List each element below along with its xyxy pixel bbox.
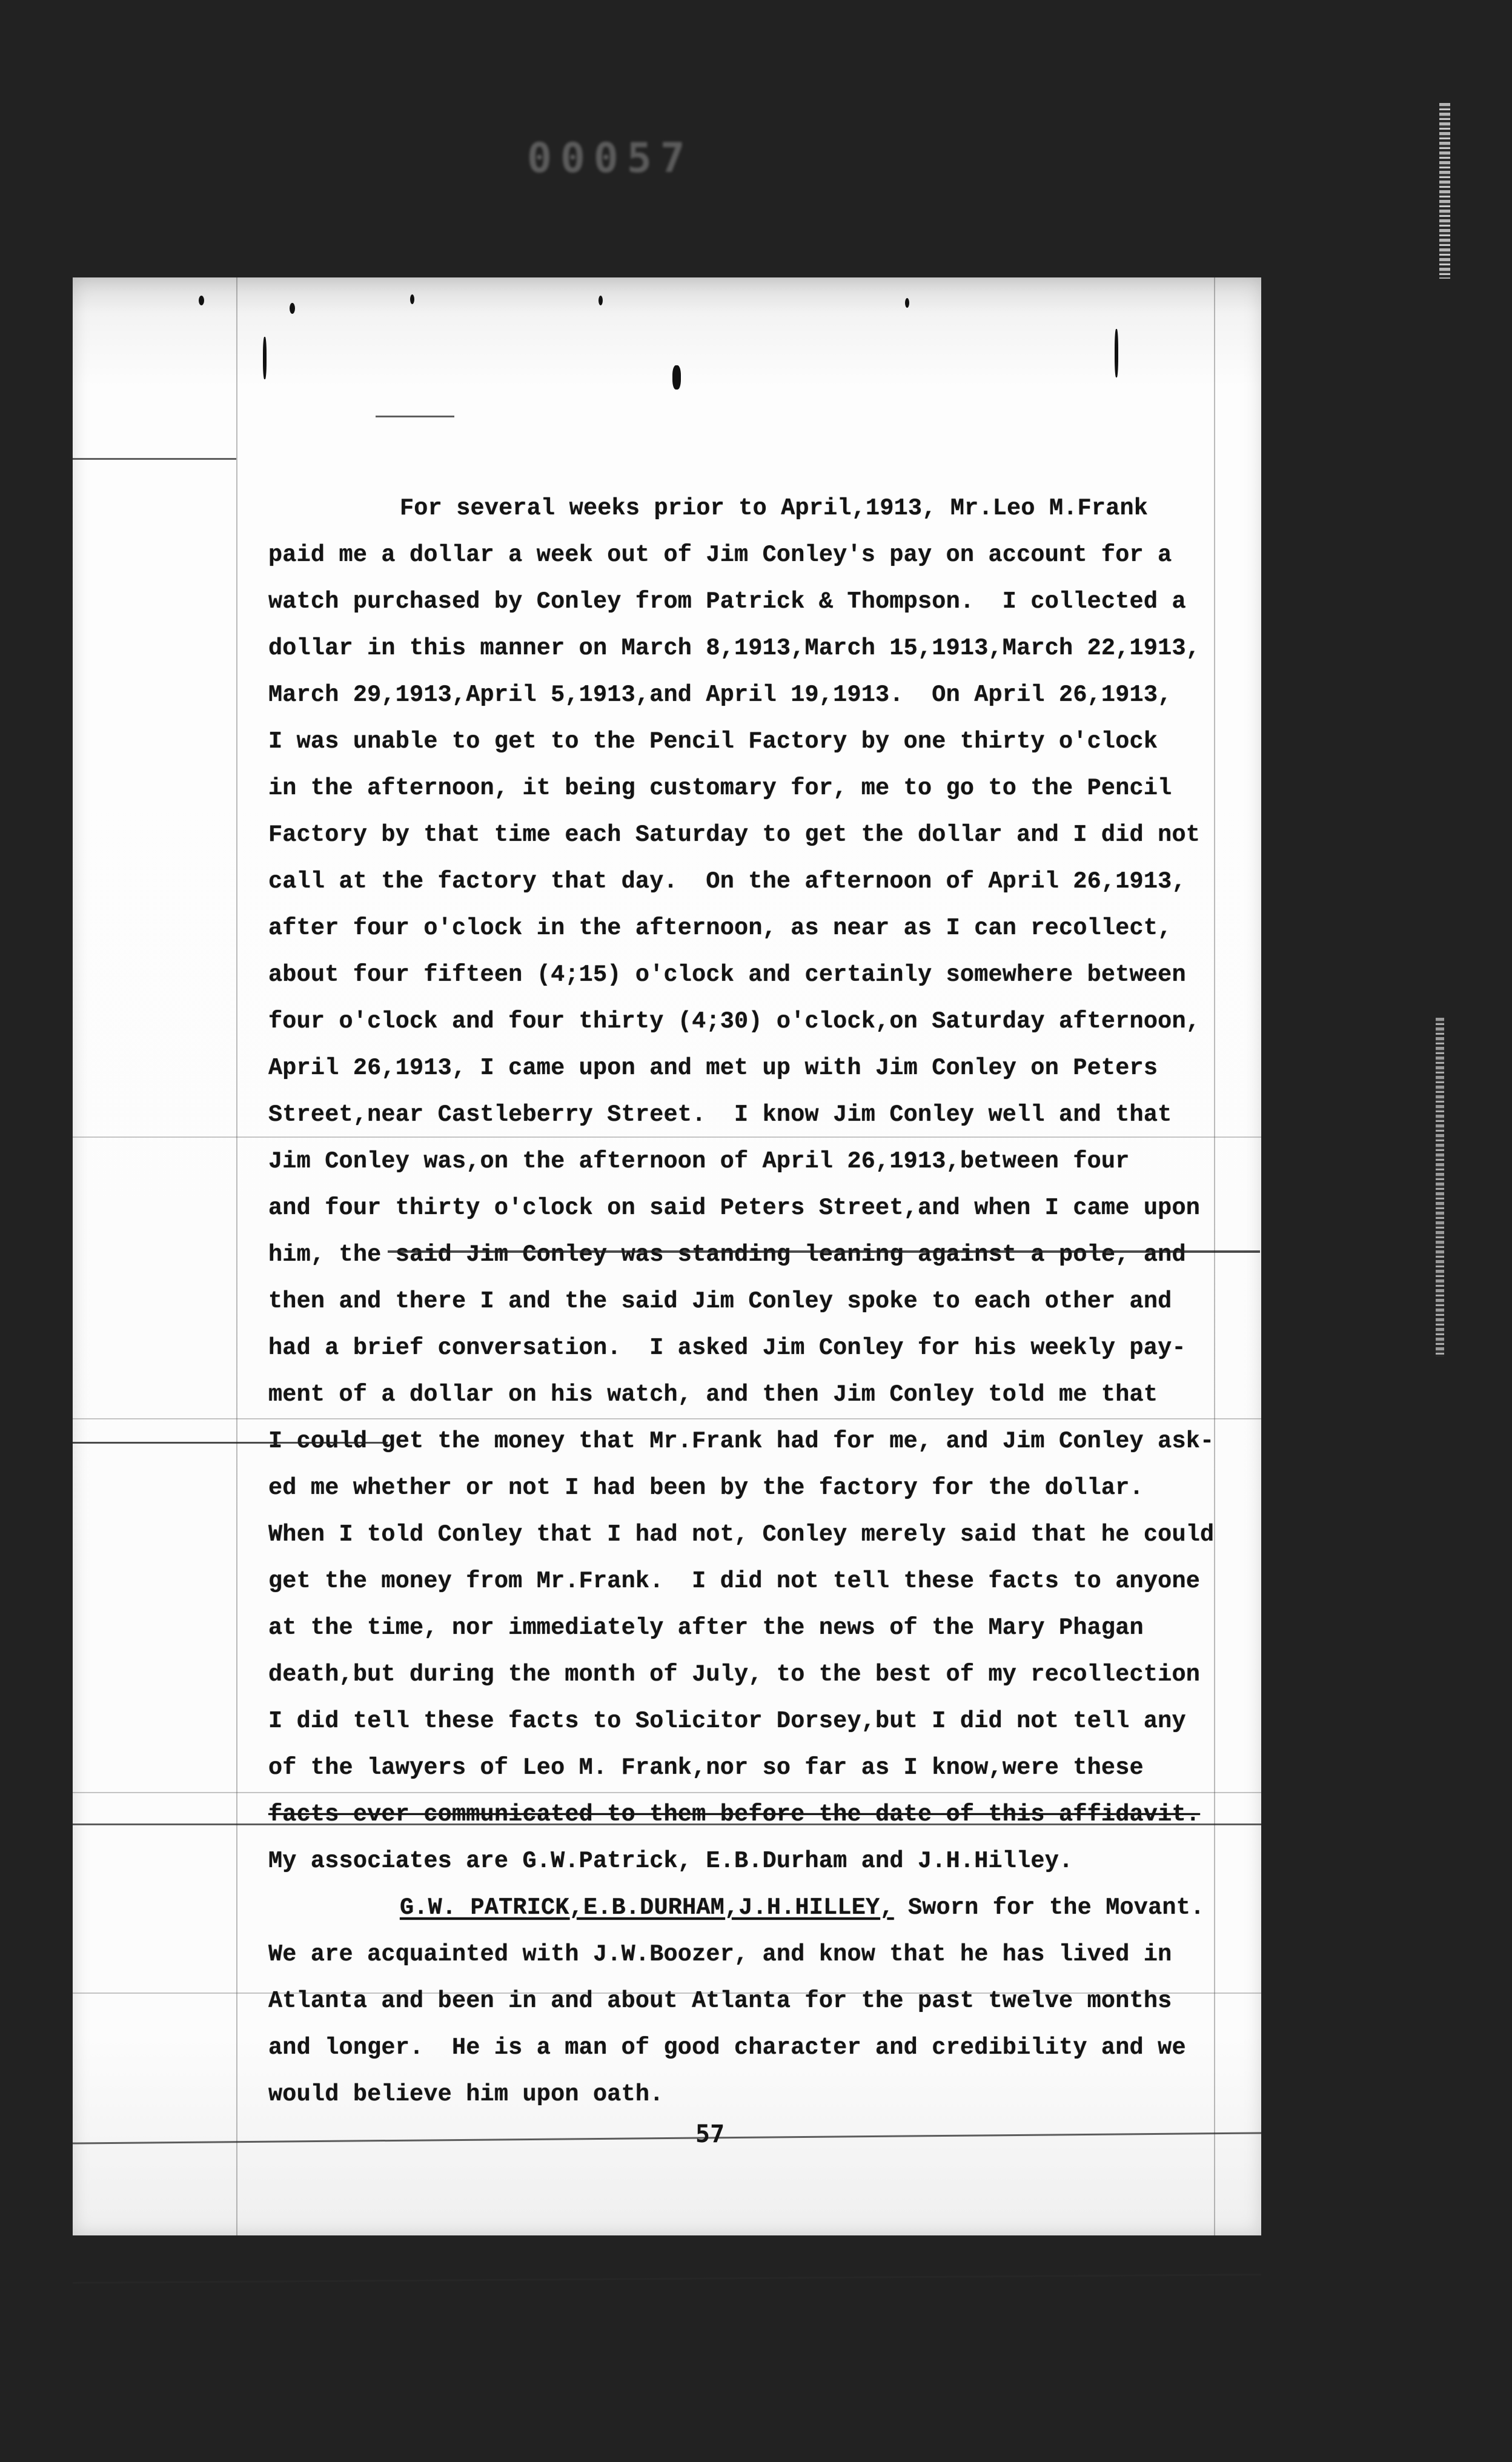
text-line: watch purchased by Conley from Patrick &… (268, 590, 1186, 614)
closing-line: We are acquainted with J.W.Boozer, and k… (268, 1943, 1172, 1966)
text-line: I was unable to get to the Pencil Factor… (268, 730, 1158, 754)
text-line: then and there I and the said Jim Conley… (268, 1290, 1172, 1313)
text-line: four o'clock and four thirty (4;30) o'cl… (268, 1010, 1200, 1034)
text-line: of the lawyers of Leo M. Frank,nor so fa… (268, 1756, 1144, 1780)
sworn-names: G.W. PATRICK,E.B.DURHAM,J.H.HILLEY, (400, 1894, 894, 1921)
speck (672, 365, 681, 390)
closing-line: Atlanta and been in and about Atlanta fo… (268, 1989, 1172, 2013)
ink-dash (376, 416, 454, 417)
text-line: call at the factory that day. On the aft… (268, 870, 1186, 894)
speck (263, 337, 267, 379)
text-line: I did tell these facts to Solicitor Dors… (268, 1710, 1186, 1733)
text-line-struck: him, the said Jim Conley was standing le… (268, 1243, 1186, 1267)
text-line: ed me whether or not I had been by the f… (268, 1476, 1144, 1500)
text-line: paid me a dollar a week out of Jim Conle… (268, 543, 1172, 567)
ruled-line (73, 1418, 1261, 1419)
text-line: get the money from Mr.Frank. I did not t… (268, 1570, 1200, 1593)
margin-rule-right (1214, 277, 1215, 2235)
page-number: 57 (695, 2120, 724, 2148)
text-line: in the afternoon, it being customary for… (268, 777, 1172, 800)
ruled-line (73, 2132, 1261, 2144)
ruled-line (73, 1136, 1261, 1138)
text-line: death,but during the month of July, to t… (268, 1663, 1200, 1687)
speck (410, 294, 414, 304)
text-line-struck: facts ever communicated to them before t… (268, 1803, 1200, 1827)
speck (598, 296, 603, 305)
text-line: When I told Conley that I had not, Conle… (268, 1523, 1214, 1547)
margin-rule-left (236, 277, 237, 2235)
text-line: Jim Conley was,on the afternoon of April… (268, 1150, 1130, 1173)
film-stamp: 00057 (527, 134, 694, 182)
text-line: For several weeks prior to April,1913, M… (400, 497, 1148, 520)
strike-bar (73, 1442, 388, 1444)
text-line: and four thirty o'clock on said Peters S… (268, 1196, 1200, 1220)
text-line: My associates are G.W.Patrick, E.B.Durha… (268, 1850, 1073, 1873)
text-line: about four fifteen (4;15) o'clock and ce… (268, 963, 1186, 987)
sworn-line: G.W. PATRICK,E.B.DURHAM,J.H.HILLEY, Swor… (400, 1896, 1204, 1920)
text-line: dollar in this manner on March 8,1913,Ma… (268, 637, 1200, 660)
closing-line: would believe him upon oath. (268, 2083, 664, 2106)
text-line: after four o'clock in the afternoon, as … (268, 917, 1172, 940)
speck (199, 296, 204, 305)
text-line: April 26,1913, I came upon and met up wi… (268, 1057, 1158, 1080)
text-line: Factory by that time each Saturday to ge… (268, 823, 1200, 847)
closing-line: and longer. He is a man of good characte… (268, 2036, 1186, 2060)
film-edge-strip (1439, 103, 1450, 279)
margin-tick (73, 458, 236, 460)
text-line: I could get the money that Mr.Frank had … (268, 1430, 1214, 1453)
speck (905, 298, 909, 308)
text-line: at the time, nor immediately after the n… (268, 1616, 1144, 1640)
ruled-line (73, 1792, 1261, 1793)
speck (1115, 329, 1118, 377)
text-line: Street,near Castleberry Street. I know J… (268, 1103, 1172, 1127)
film-edge-strip-lower (1436, 1018, 1444, 1357)
text-line: had a brief conversation. I asked Jim Co… (268, 1336, 1186, 1360)
ruled-line (73, 2274, 1261, 2284)
sworn-suffix: Sworn for the Movant. (894, 1894, 1205, 1921)
strike-bar (388, 1250, 1260, 1253)
text-line: March 29,1913,April 5,1913,and April 19,… (268, 683, 1172, 707)
text-line: ment of a dollar on his watch, and then … (268, 1383, 1158, 1407)
speck (290, 303, 295, 314)
